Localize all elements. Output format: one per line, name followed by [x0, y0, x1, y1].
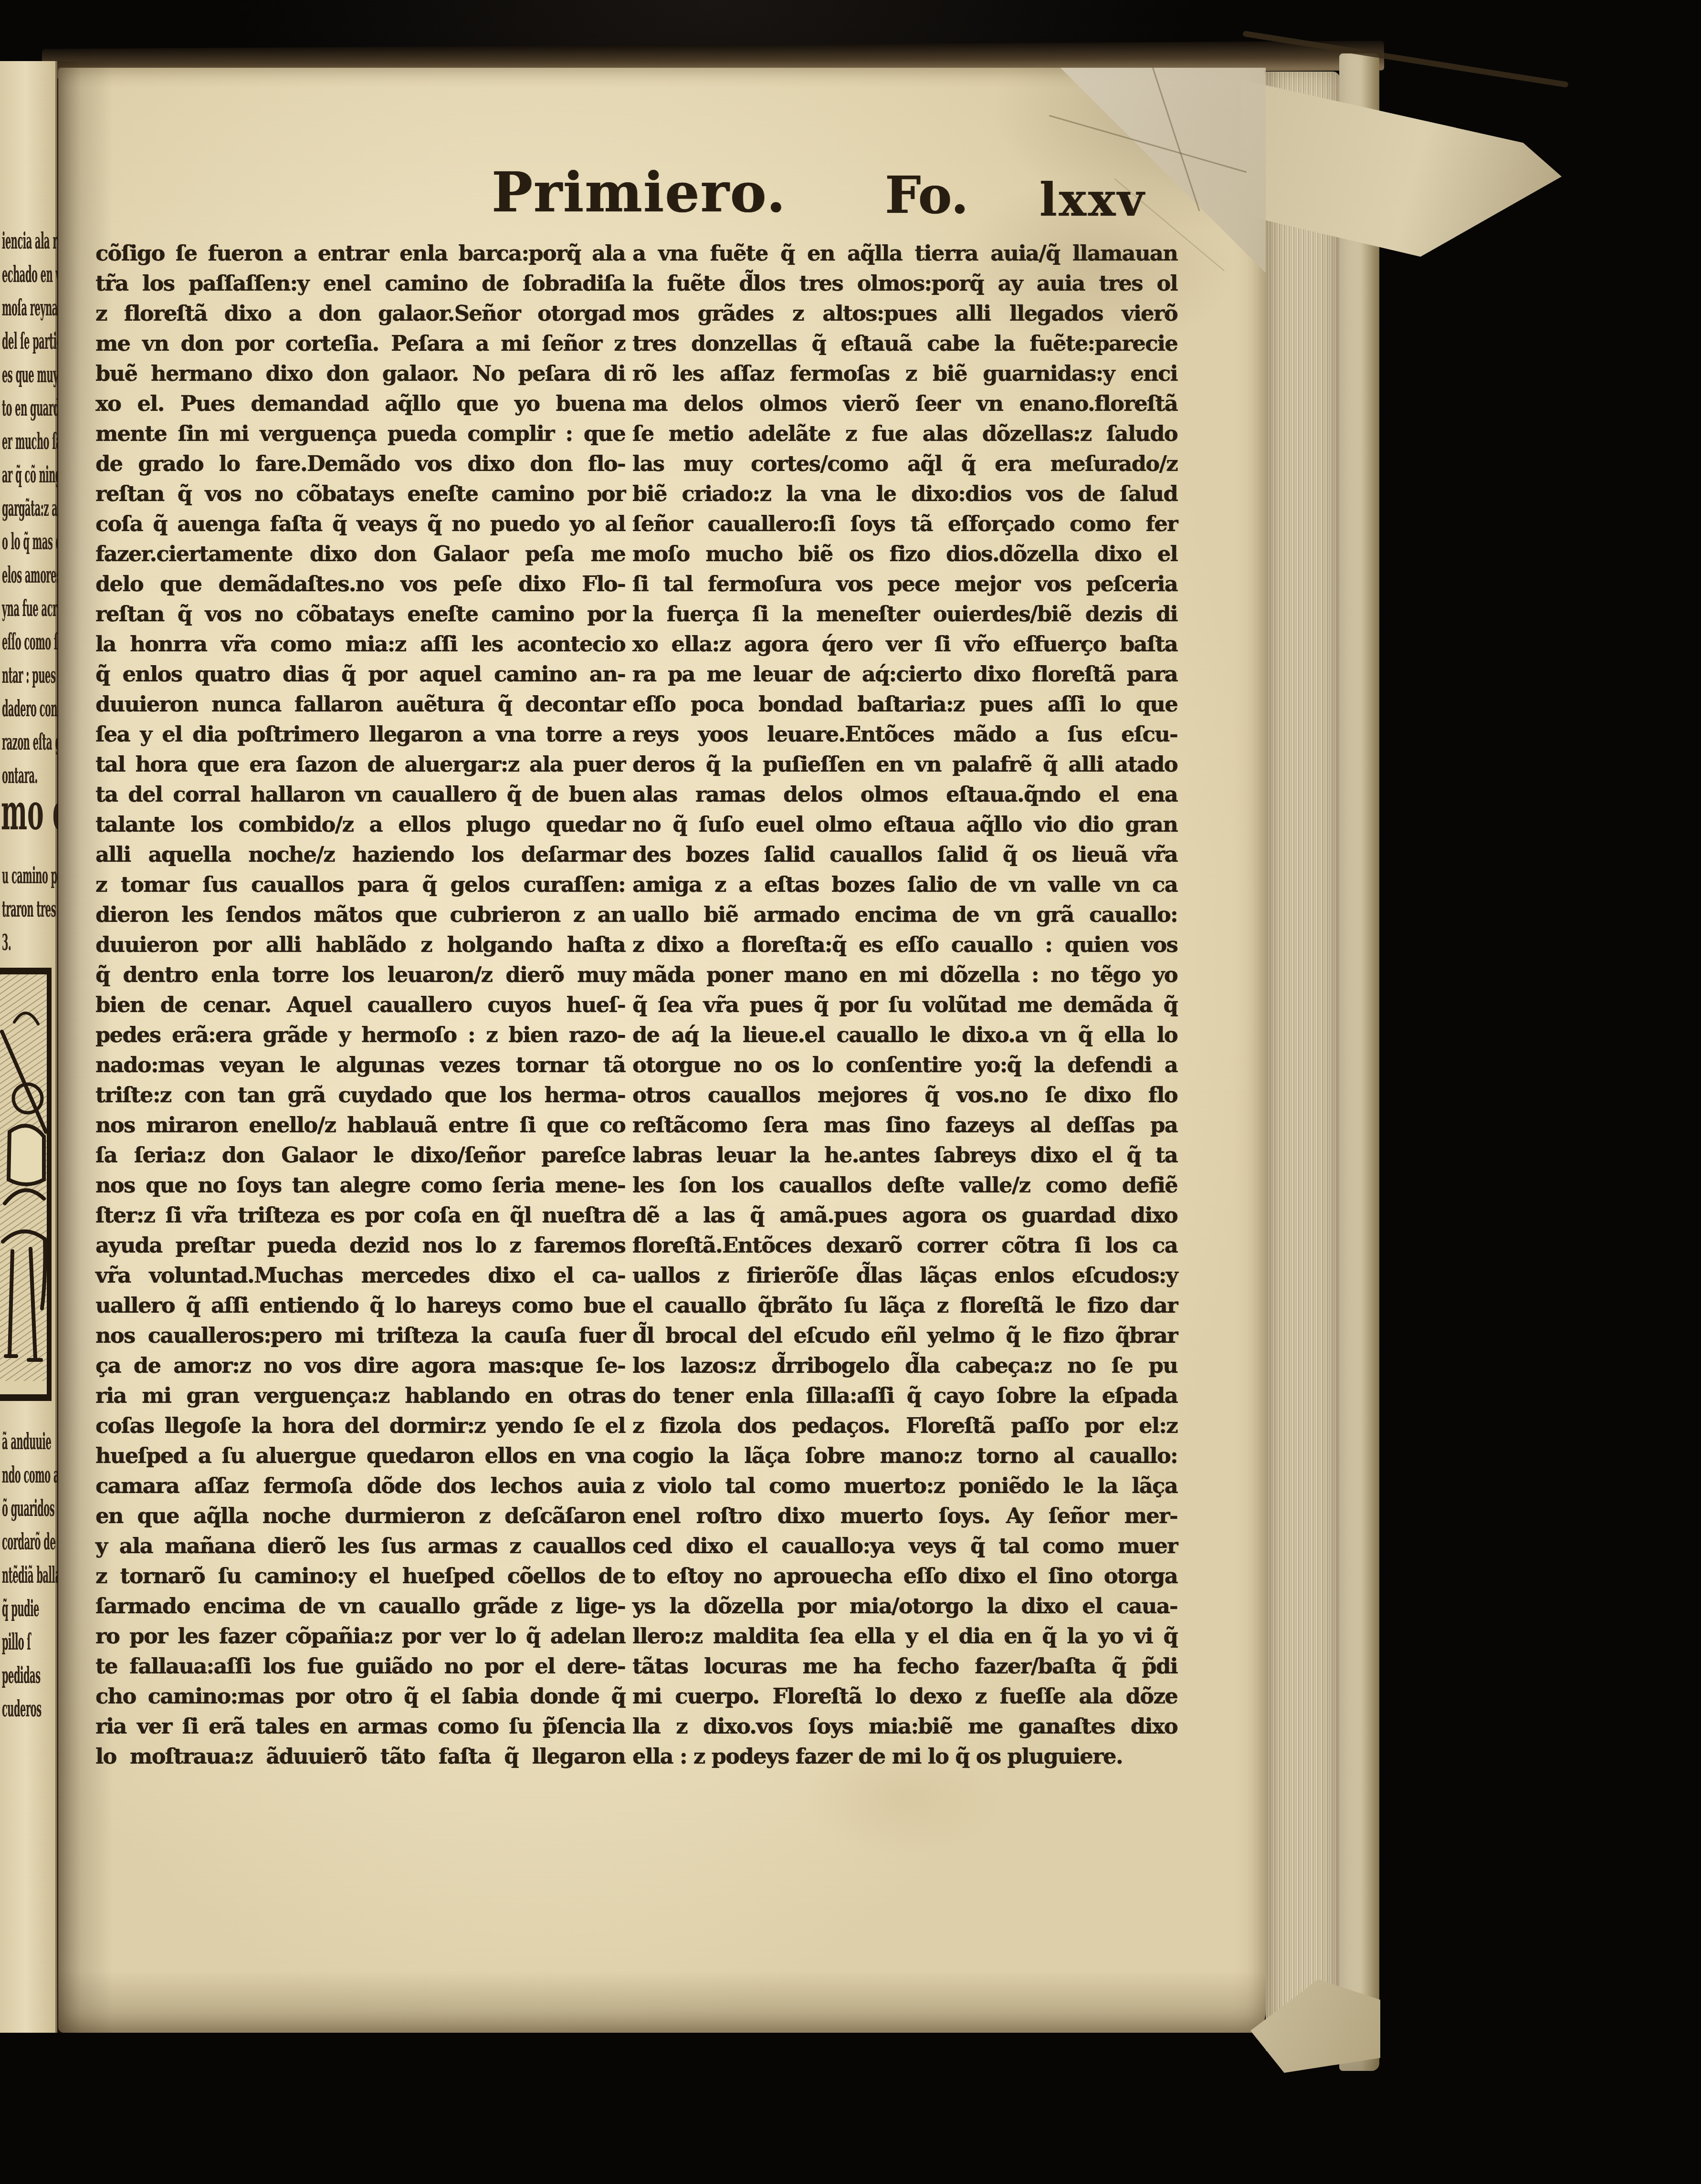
text-line: ſa ſeria:z don Galaor le dixo/ſeñor pare… [95, 1140, 625, 1170]
text-line: camara aſſaz fermoſa dõde dos lechos aui… [95, 1471, 625, 1501]
parchment-cover-edge [1339, 53, 1379, 2071]
text-line: z violo tal como muerto:z poniẽdo le la … [632, 1471, 1177, 1501]
text-line: u camino pa [2, 859, 57, 892]
text-line: ſarmado encima de vn cauallo grãde z lig… [95, 1591, 625, 1621]
page-block-fore-edge [1266, 72, 1340, 2051]
facing-page-text-fragments-upper: iencia ala reyechado en vn lmoſa reynade… [2, 224, 57, 792]
text-line: ntar : pues q̃ [2, 658, 57, 692]
text-line: ndo como a [2, 1458, 57, 1492]
text-line: reſtan q̃ vos no cõbatays eneſte camino … [95, 599, 625, 629]
text-line: dadero contra [2, 692, 57, 725]
text-line: duuieron por alli hablãdo z holgando haſ… [95, 930, 625, 960]
folio-label: Fo. [885, 165, 968, 225]
text-line: pillo ſ [2, 1625, 57, 1659]
text-line: a vna fuẽte q̃ en aq̃lla tierra auia/q̃ … [632, 239, 1177, 269]
text-line: ça de amor:z no vos dire agora mas:que ſ… [95, 1351, 625, 1381]
text-line: de aq́ la lieue.el cauallo le dixo.a vn … [632, 1020, 1177, 1050]
text-line: triſte:z con tan grã cuydado que los her… [95, 1080, 625, 1110]
facing-page-edge: iencia ala reyechado en vn lmoſa reynade… [0, 61, 57, 2033]
text-line: o lo q̃ mas d [2, 525, 57, 558]
text-line: fazer.ciertamente dixo don Galaor peſa m… [95, 539, 625, 569]
text-line: uallero q̃ aſſi entiendo q̃ lo hareys co… [95, 1291, 625, 1321]
text-line: alli aquella noche/z haziendo los deſarm… [95, 840, 625, 870]
facing-page-text-fragments-lower: ã anduuiendo como aõ guaridoscordarõ de … [2, 1425, 57, 1725]
facing-page-chapter-heading-fragment: mo do [1, 783, 57, 841]
text-line: lla z dixo.vos ſoys mia:biẽ me ganaſtes … [632, 1712, 1177, 1742]
text-line: buẽ hermano dixo don galaor. No peſara d… [95, 359, 625, 389]
text-line: pedes erã:era grãde y hermoſo : z bien r… [95, 1020, 625, 1050]
text-line: to eſtoy no aprouecha eſſo dixo el ſino … [632, 1561, 1177, 1591]
text-line: er mucho ſabi [2, 425, 57, 458]
text-line: les ſon los cauallos deſte valle/z como … [632, 1170, 1177, 1201]
text-line: deros q̃ la puſieſſen en vn palafrẽ q̃ a… [632, 750, 1177, 780]
text-line: cho camino:mas por otro q̃ el ſabia dond… [95, 1682, 625, 1712]
text-line: ſea y el dia poſtrimero llegaron a vna t… [95, 720, 625, 750]
text-line: hueſped a ſu aluergue quedaron ellos en … [95, 1441, 625, 1471]
text-line: ced dixo el cauallo:ya veys q̃ tal como … [632, 1531, 1177, 1561]
text-line: des bozes ſalid cauallos ſalid q̃ os lie… [632, 840, 1177, 870]
text-line: cõſigo ſe fueron a entrar enla barca:por… [95, 239, 625, 269]
text-line: cuderos [2, 1692, 57, 1725]
text-line: ys la dõzella por mia/otorgo la dixo el … [632, 1591, 1177, 1621]
text-line: ſi tal fermoſura vos pece mejor vos peſc… [632, 569, 1177, 599]
book-scan-photo: iencia ala reyechado en vn lmoſa reynade… [0, 0, 1701, 2184]
text-line: lo moſtraua:z ãduuierõ tãto faſta q̃ lle… [95, 1742, 625, 1772]
text-line: la fuerça ſi la meneſter ouierdes/biẽ de… [632, 599, 1177, 629]
text-line: q̃ dentro enla torre los leuaron/z dierõ… [95, 960, 625, 990]
text-line: coſa q̃ auenga faſta q̃ veays q̃ no pued… [95, 509, 625, 539]
text-line: floreſtã.Entõces dexarõ correr cõtra ſi … [632, 1231, 1177, 1261]
text-line: nos que no ſoys tan alegre como ſeria me… [95, 1170, 625, 1201]
text-line: nos miraron enello/z hablauã entre ſi qu… [95, 1110, 625, 1140]
text-line: de grado lo fare.Demãdo vos dixo don flo… [95, 449, 625, 479]
text-line: tres donzellas q̃ eſtauã cabe la fuẽte:p… [632, 329, 1177, 359]
text-line: ta del corral hallaron vn cauallero q̃ d… [95, 780, 625, 810]
text-line: ſter:z ſi vr̃a triſteza es por coſa en q… [95, 1201, 625, 1231]
folio-number: lxxv [1039, 173, 1146, 227]
text-line: vr̃a voluntad.Muchas mercedes dixo el ca… [95, 1261, 625, 1291]
text-line: ntẽdiã balla [2, 1558, 57, 1592]
text-line: cogio la lãça ſobre mano:z torno al caua… [632, 1441, 1177, 1471]
text-line: amiga z a eſtas bozes ſalio de vn valle … [632, 870, 1177, 900]
woodcut-knight-illustration-fragment [0, 968, 52, 1401]
text-line: mãda poner mano en mi dõzella : no tẽgo … [632, 960, 1177, 990]
text-line: cordarõ de ſ [2, 1525, 57, 1558]
text-line: ar q̃ cõ ningu [2, 458, 57, 491]
text-line: iencia ala rey [2, 224, 57, 258]
text-line: z dixo a floreſta:q̃ es eſſo cauallo : q… [632, 930, 1177, 960]
text-line: otorgue no os lo conſentire yo:q̃ la def… [632, 1050, 1177, 1080]
text-line: uallo biẽ armado encima de vn grã cauall… [632, 900, 1177, 930]
text-line: q̃ enlos quatro dias q̃ por aquel camino… [95, 659, 625, 690]
text-line: biẽ criado:z la vna le dixo:dios vos de … [632, 479, 1177, 509]
text-line: eſſo como ſup [2, 625, 57, 658]
text-line: las muy cortes/como aq̃l q̃ era meſurado… [632, 449, 1177, 479]
text-line: alas ramas delos olmos eſtaua.q̃ndo el e… [632, 780, 1177, 810]
text-line: enel roſtro dixo muerto ſoys. Ay ſeñor m… [632, 1501, 1177, 1531]
book-page: Primiero. Fo. lxxv cõſigo ſe fueron a en… [58, 68, 1266, 2033]
text-line: ria ver ſi erã tales en armas como ſu p̃… [95, 1712, 625, 1742]
text-line: to en guarda [2, 391, 57, 425]
text-column-left: cõſigo ſe fueron a entrar enla barca:por… [95, 239, 625, 1772]
text-line: xo el. Pues demandad aq̃llo que yo buena [95, 389, 625, 419]
text-line: ella : z podeys fazer de mi lo q̃ os plu… [632, 1742, 1177, 1772]
text-line: rõ les aſſaz fermoſas z biẽ guarnidas:y … [632, 359, 1177, 389]
text-line: xo ella:z agora q́ero ver ſi vr̃o eſfuer… [632, 629, 1177, 659]
text-line: eſſo poca bondad baſtaria:z pues aſſi lo… [632, 690, 1177, 720]
text-line: otros cauallos mejores q̃ vos.no ſe dixo… [632, 1080, 1177, 1110]
text-line: q̃ pudie [2, 1592, 57, 1625]
text-line: z tornarõ ſu camino:y el hueſped cõellos… [95, 1561, 625, 1591]
text-line: mos grãdes z altos:pues alli llegados vi… [632, 299, 1177, 329]
text-line: traron tres d [2, 892, 57, 926]
text-line: reſtãcomo ſera mas ſino fazeys al deſſas… [632, 1110, 1177, 1140]
text-line: es que muy p [2, 358, 57, 391]
text-line: labras leuar la he.antes ſabreys dixo el… [632, 1140, 1177, 1170]
text-line: 3. [2, 926, 57, 959]
text-line: ma delos olmos vierõ ſeer vn enano.flore… [632, 389, 1177, 419]
text-line: tãtas locuras me ha fecho fazer/baſta q̃… [632, 1651, 1177, 1682]
text-line: echado en vn l [2, 258, 57, 291]
text-line: moſa reyna [2, 291, 57, 324]
text-line: duuieron nunca fallaron auẽtura q̃ decon… [95, 690, 625, 720]
text-line: talante los combido/z a ellos plugo qued… [95, 810, 625, 840]
text-line: la honrra vr̃a como mia:z aſſi les acont… [95, 629, 625, 659]
text-line: reſtan q̃ vos no cõbatays eneſte camino … [95, 479, 625, 509]
running-title: Primiero. [492, 160, 786, 224]
text-line: dẽ a las q̃ amã.pues agora os guardad di… [632, 1201, 1177, 1231]
text-line: ſe metio adelãte z fue alas dõzellas:z ſ… [632, 419, 1177, 449]
text-line: la fuẽte d̃los tres olmos:porq̃ ay auia … [632, 269, 1177, 299]
text-line: uallos z firierõſe d̃las lãças enlos eſc… [632, 1261, 1177, 1291]
text-line: õ guaridos [2, 1492, 57, 1525]
text-line: nos caualleros:pero mi triſteza la cauſa… [95, 1321, 625, 1351]
text-line: en que aq̃lla noche durmieron z deſcãſar… [95, 1501, 625, 1531]
text-line: bien de cenar. Aquel cauallero cuyos hue… [95, 990, 625, 1020]
text-line: no q̃ ſuſo euel olmo eſtaua aq̃llo vio d… [632, 810, 1177, 840]
facing-page-text-fragments-mid: u camino patraron tres d3. [2, 859, 57, 959]
text-line: z fizola dos pedaços. Floreſtã paſſo por… [632, 1411, 1177, 1441]
text-line: ã anduuie [2, 1425, 57, 1458]
text-line: dieron les ſendos mãtos que cubrieron z … [95, 900, 625, 930]
text-line: yna fue acrecẽ [2, 592, 57, 625]
text-line: te fallaua:aſſi los fue guiãdo no por el… [95, 1651, 625, 1682]
text-line: moſo mucho biẽ os fizo dios.dõzella dixo… [632, 539, 1177, 569]
text-line: me vn don por corteſia. Peſara a mi ſeño… [95, 329, 625, 359]
text-line: gargãta:z a [2, 491, 57, 525]
text-line: el cauallo q̃brãto ſu lãça z floreſtã le… [632, 1291, 1177, 1321]
text-line: z tomar ſus cauallos para q̃ gelos curaſ… [95, 870, 625, 900]
text-line: pedidas [2, 1659, 57, 1692]
text-line: tr̃a los paſſaſſen:y enel camino de ſobr… [95, 269, 625, 299]
text-column-right: a vna fuẽte q̃ en aq̃lla tierra auia/q̃ … [632, 239, 1177, 1772]
text-line: ria mi gran verguença:z hablando en otra… [95, 1381, 625, 1411]
text-line: tal hora que era ſazon de aluergar:z ala… [95, 750, 625, 780]
text-line: z floreſtã dixo a don galaor.Señor otorg… [95, 299, 625, 329]
text-line: y ala mañana dierõ les ſus armas z caual… [95, 1531, 625, 1561]
text-line: do tener enla ſilla:aſſi q̃ cayo ſobre l… [632, 1381, 1177, 1411]
text-line: ra pa me leuar de aq́:cierto dixo floreſ… [632, 659, 1177, 690]
text-line: ro por les fazer cõpañia:z por ver lo q̃… [95, 1621, 625, 1651]
text-line: mente ſin mi verguença pueda complir : q… [95, 419, 625, 449]
text-line: llero:z maldita ſea ella y el dia en q̃ … [632, 1621, 1177, 1651]
text-line: delo que demãdaſtes.no vos peſe dixo Flo… [95, 569, 625, 599]
text-line: nado:mas veyan le algunas vezes tornar t… [95, 1050, 625, 1080]
text-line: q̃ ſea vr̃a pues q̃ por ſu volũtad me de… [632, 990, 1177, 1020]
text-line: razon eſta gra [2, 725, 57, 759]
text-line: ayuda preſtar pueda dezid nos lo z farem… [95, 1231, 625, 1261]
text-line: ſeñor cauallero:ſi ſoys tã eſforçado com… [632, 509, 1177, 539]
text-line: coſas llegoſe la hora del dormir:z yendo… [95, 1411, 625, 1441]
text-line: los lazos:z d̃rribogelo d̃la cabeça:z no… [632, 1351, 1177, 1381]
text-line: elos amores [2, 558, 57, 592]
text-line: mi cuerpo. Floreſtã lo dexo z fueſſe ala… [632, 1682, 1177, 1712]
text-line: del ſe partio ſ [2, 324, 57, 358]
text-line: d̃l brocal del eſcudo eñl yelmo q̃ le fi… [632, 1321, 1177, 1351]
text-line: reys yoos leuare.Entõces mãdo a ſus eſcu… [632, 720, 1177, 750]
